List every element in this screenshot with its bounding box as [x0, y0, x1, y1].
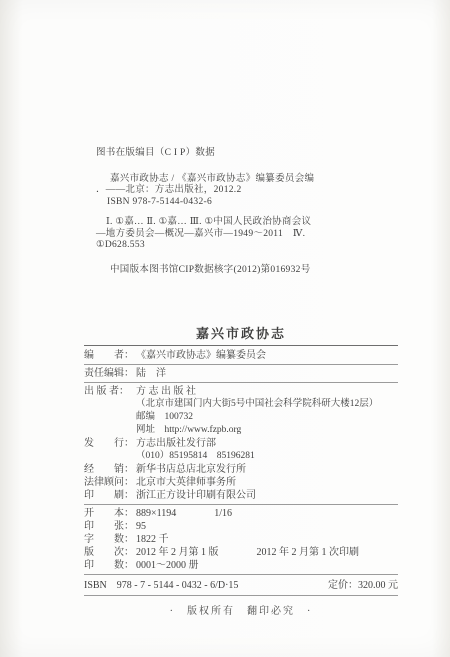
book-title: 嘉兴市政协志: [84, 327, 398, 346]
cip-subject-line: Ⅰ. ①嘉… Ⅱ. ①嘉… Ⅲ. ①中国人民政治协商会议: [96, 217, 372, 229]
row-format: 开 本：889×11941/16: [84, 507, 398, 520]
row-label: 版 次：: [84, 546, 136, 559]
cip-entry-line: 嘉兴市政协志 / 《嘉兴市政协志》编纂委员会编: [96, 174, 372, 186]
row-value: 新华书店总店北京发行所: [136, 464, 246, 475]
distribution-phone: （010）85195814 85196281: [136, 450, 398, 463]
cip-subject-line: ①D628.553: [96, 240, 372, 252]
book-copyright-page: 图书在版编目（C I P）数据 嘉兴市政协志 / 《嘉兴市政协志》编纂委员会编 …: [0, 0, 450, 657]
publisher-address: （北京市建国门内大街5号中国社会科学院科研大楼12层）: [136, 398, 398, 411]
isbn-number: ISBN 978 - 7 - 5144 - 0432 - 6/D·15: [84, 579, 238, 592]
cip-header: 图书在版编目（C I P）数据: [96, 148, 372, 160]
row-value: 浙江正方设计印刷有限公司: [136, 490, 256, 501]
row-value: 方 志 出 版 社: [136, 386, 196, 397]
row-value: 方志出版社发行部: [136, 438, 216, 449]
cip-entry-line: ．——北京：方志出版社，2012.2: [96, 185, 372, 197]
copyright-notice: · 版权所有 翻印必究 ·: [84, 605, 398, 618]
row-print-run: 印 数：0001～2000 册: [84, 559, 398, 575]
row-word-count: 字 数：1822 千: [84, 533, 398, 546]
row-edition: 版 次：2012 年 2 月第 1 版2012 年 2 月第 1 次印刷: [84, 546, 398, 559]
colophon-section: 嘉兴市政协志 编 者：《嘉兴市政协志》编纂委员会 责任编辑：陆 洋 出 版 者：…: [84, 327, 398, 618]
price: 定价：320.00 元: [328, 579, 398, 592]
row-responsible-editor: 责任编辑：陆 洋: [84, 367, 398, 383]
row-label: 字 数：: [84, 533, 136, 546]
row-value: 《嘉兴市政协志》编纂委员会: [136, 350, 266, 361]
cip-section: 图书在版编目（C I P）数据 嘉兴市政协志 / 《嘉兴市政协志》编纂委员会编 …: [96, 148, 372, 276]
isbn-price-line: ISBN 978 - 7 - 5144 - 0432 - 6/D·15 定价：3…: [84, 577, 398, 596]
row-distribution: 发 行：方志出版社发行部 （010）85195814 85196281: [84, 437, 398, 463]
row-value: 北京市大英律师事务所: [136, 477, 236, 488]
row-value: 889×1194: [136, 508, 176, 519]
row-label: 印 刷：: [84, 489, 136, 502]
row-label: 印 数：: [84, 559, 136, 572]
row-editor: 编 者：《嘉兴市政协志》编纂委员会: [84, 349, 398, 365]
cip-record-number: 中国版本图书馆CIP数据核字(2012)第016932号: [96, 265, 372, 277]
row-value: 2012 年 2 月第 1 版: [136, 547, 219, 558]
row-value: 1822 千: [136, 534, 169, 545]
row-printer: 印 刷：浙江正方设计印刷有限公司: [84, 489, 398, 505]
row-label: 印 张：: [84, 520, 136, 533]
row-label: 经 销：: [84, 463, 136, 476]
row-label: 发 行：: [84, 437, 136, 450]
row-label: 责任编辑：: [84, 367, 136, 380]
row-label: 出 版 者：: [84, 385, 136, 398]
cip-subject: Ⅰ. ①嘉… Ⅱ. ①嘉… Ⅲ. ①中国人民政治协商会议 —地方委员会—概况—嘉…: [96, 217, 372, 252]
row-value: 0001～2000 册: [136, 560, 199, 571]
row-label: 法律顾问：: [84, 476, 136, 489]
publisher-postcode: 邮编 100732: [136, 411, 398, 424]
row-value-2: 1/16: [214, 508, 232, 519]
publisher-website: 网址 http://www.fzpb.org: [136, 424, 398, 437]
cip-subject-line: —地方委员会—概况—嘉兴市—1949～2011 Ⅳ.: [96, 229, 372, 241]
row-legal-counsel: 法律顾问：北京市大英律师事务所: [84, 476, 398, 489]
row-value-2: 2012 年 2 月第 1 次印刷: [257, 547, 360, 558]
row-publisher: 出 版 者：方 志 出 版 社 （北京市建国门内大街5号中国社会科学院科研大楼1…: [84, 385, 398, 437]
row-value: 陆 洋: [136, 368, 166, 379]
row-value: 95: [136, 521, 146, 532]
cip-entry: 嘉兴市政协志 / 《嘉兴市政协志》编纂委员会编 ．——北京：方志出版社，2012…: [96, 174, 372, 209]
row-sheets: 印 张：95: [84, 520, 398, 533]
row-seller: 经 销：新华书店总店北京发行所: [84, 463, 398, 476]
cip-isbn-line: ISBN 978-7-5144-0432-6: [96, 197, 372, 209]
row-label: 编 者：: [84, 349, 136, 362]
row-label: 开 本：: [84, 507, 136, 520]
